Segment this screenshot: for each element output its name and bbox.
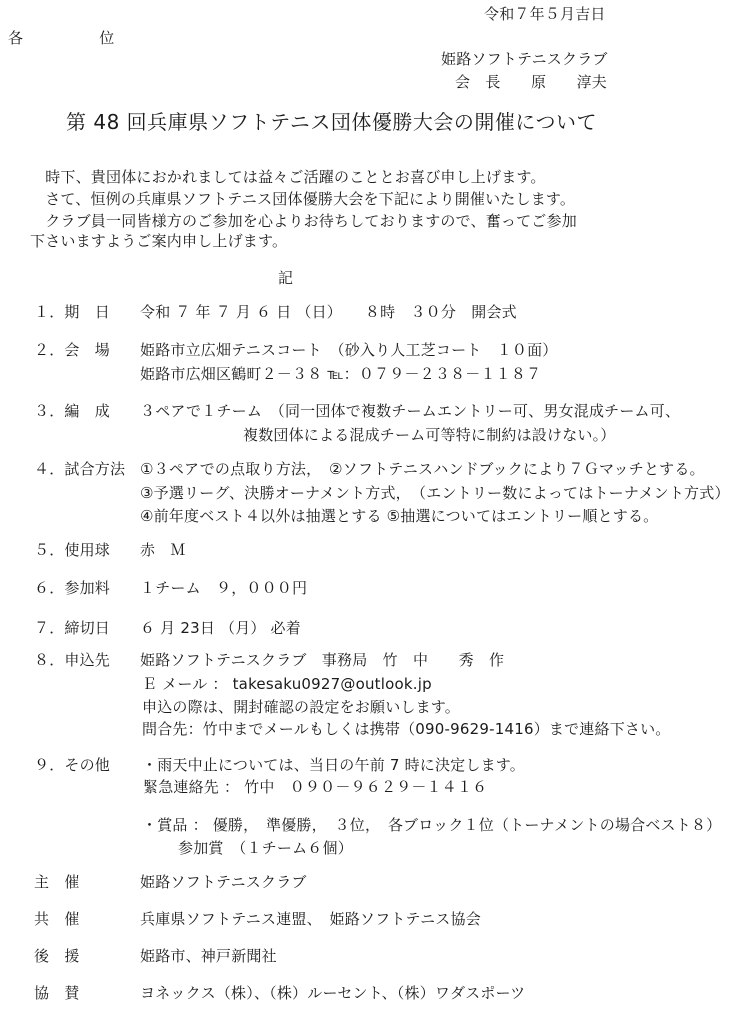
item-7-line: ６ 月 23日 （月） 必着 bbox=[140, 620, 301, 637]
document-page: 令和７年５月吉日 各 位 姫路ソフトテニスクラブ 会 長 原 淳夫 第 48 回… bbox=[0, 0, 738, 1024]
item-6-line: １チーム ９，０００円 bbox=[140, 580, 307, 597]
footer-value-host: 姫路ソフトテニスクラブ bbox=[140, 874, 307, 891]
footer-label-sponsors: 協 賛 bbox=[34, 985, 80, 1002]
addressee: 各 位 bbox=[8, 30, 114, 47]
date-line: 令和７年５月吉日 bbox=[484, 6, 606, 23]
item-8-line: 姫路ソフトテニスクラブ 事務局 竹 中 秀 作 bbox=[140, 652, 504, 669]
item-5-line: 赤 Ｍ bbox=[140, 542, 186, 559]
record-heading: 記 bbox=[278, 270, 293, 287]
item-4-line: ③予選リーグ、決勝オーナメント方式， （エントリー数によってはトーナメント方式） bbox=[140, 485, 730, 502]
sender-president: 会 長 原 淳夫 bbox=[455, 74, 607, 91]
item-9-line-prizes: ・賞品 ： 優勝， 準優勝， ３位， 各ブロック１位（トーナメントの場合ベスト８… bbox=[142, 817, 721, 834]
item-1-line: 令和 ７ 年 ７ 月 ６ 日 （日） ８時 ３０分 開会式 bbox=[140, 304, 517, 321]
item-3-line: 複数団体による混成チーム可等特に制約は設けない。） bbox=[243, 427, 616, 444]
sender-org: 姫路ソフトテニスクラブ bbox=[441, 51, 608, 68]
item-8-line: 問合先：竹中までメールもしくは携帯（090-9629-1416）まで連絡下さい。 bbox=[142, 721, 671, 738]
item-4-line: ④前年度ベスト４以外は抽選とする ⑤抽選についてはエントリー順とする。 bbox=[140, 508, 658, 525]
footer-value-sponsors: ヨネックス（株）、（株）ルーセント、（株）ワダスポーツ bbox=[140, 985, 525, 1002]
item-3-label: ３．編 成 bbox=[34, 403, 110, 420]
item-8-line: 申込の際は、開封確認の設定をお願いします。 bbox=[142, 699, 460, 716]
item-9-line: ・雨天中止については、当日の午前 7 時に決定します。 bbox=[142, 757, 525, 774]
item-8-line-email: Ｅ メール ： takesaku0927@outlook.jp bbox=[142, 676, 432, 693]
footer-label-cohost: 共 催 bbox=[34, 911, 80, 928]
footer-label-support: 後 援 bbox=[34, 948, 80, 965]
item-7-label: ７．締切日 bbox=[34, 620, 110, 637]
greeting-line: 下さいますようご案内申し上げます。 bbox=[30, 233, 287, 250]
footer-value-cohost: 兵庫県ソフトテニス連盟、 姫路ソフトテニス協会 bbox=[140, 911, 481, 928]
item-9-line-participation-prize: 参加賞 （１チーム６個） bbox=[178, 840, 353, 857]
greeting-line: クラブ員一同皆様方のご参加を心よりお待ちしておりますので、奮ってご参加 bbox=[30, 213, 577, 230]
item-2-line: 姫路市広畑区鶴町２－３８ ℡：０７９－２３８－１１８７ bbox=[140, 366, 541, 383]
item-9-line-emergency: 緊急連絡先 ： 竹中 ０９０－９６２９－１４１６ bbox=[143, 779, 487, 796]
footer-value-support: 姫路市、神戸新聞社 bbox=[140, 948, 277, 965]
item-5-label: ５．使用球 bbox=[34, 542, 110, 559]
item-2-label: ２．会 場 bbox=[34, 342, 110, 359]
item-8-label: ８．申込先 bbox=[34, 652, 110, 669]
item-6-label: ６．参加料 bbox=[34, 580, 110, 597]
item-1-label: １．期 日 bbox=[34, 304, 110, 321]
greeting-line: さて、恒例の兵庫県ソフトテニス団体優勝大会を下記により開催いたします。 bbox=[30, 191, 575, 208]
footer-label-host: 主 催 bbox=[34, 874, 80, 891]
item-3-line: ３ペアで１チーム （同一団体で複数チームエントリー可、男女混成チーム可、 bbox=[140, 403, 680, 420]
item-9-label: ９．その他 bbox=[34, 757, 110, 774]
item-4-label: ４．試合方法 bbox=[34, 461, 125, 478]
item-4-line: ①３ペアでの点取り方法， ②ソフトテニスハンドブックにより７Ｇマッチとする。 bbox=[140, 461, 705, 478]
page-title: 第 48 回兵庫県ソフトテニス団体優勝大会の開催について bbox=[66, 110, 597, 134]
greeting-line: 時下、貴団体におかれましては益々ご活躍のこととお喜び申し上げます。 bbox=[30, 169, 546, 186]
item-2-line: 姫路市立広畑テニスコート （砂入り人工芝コート １０面） bbox=[140, 342, 558, 359]
